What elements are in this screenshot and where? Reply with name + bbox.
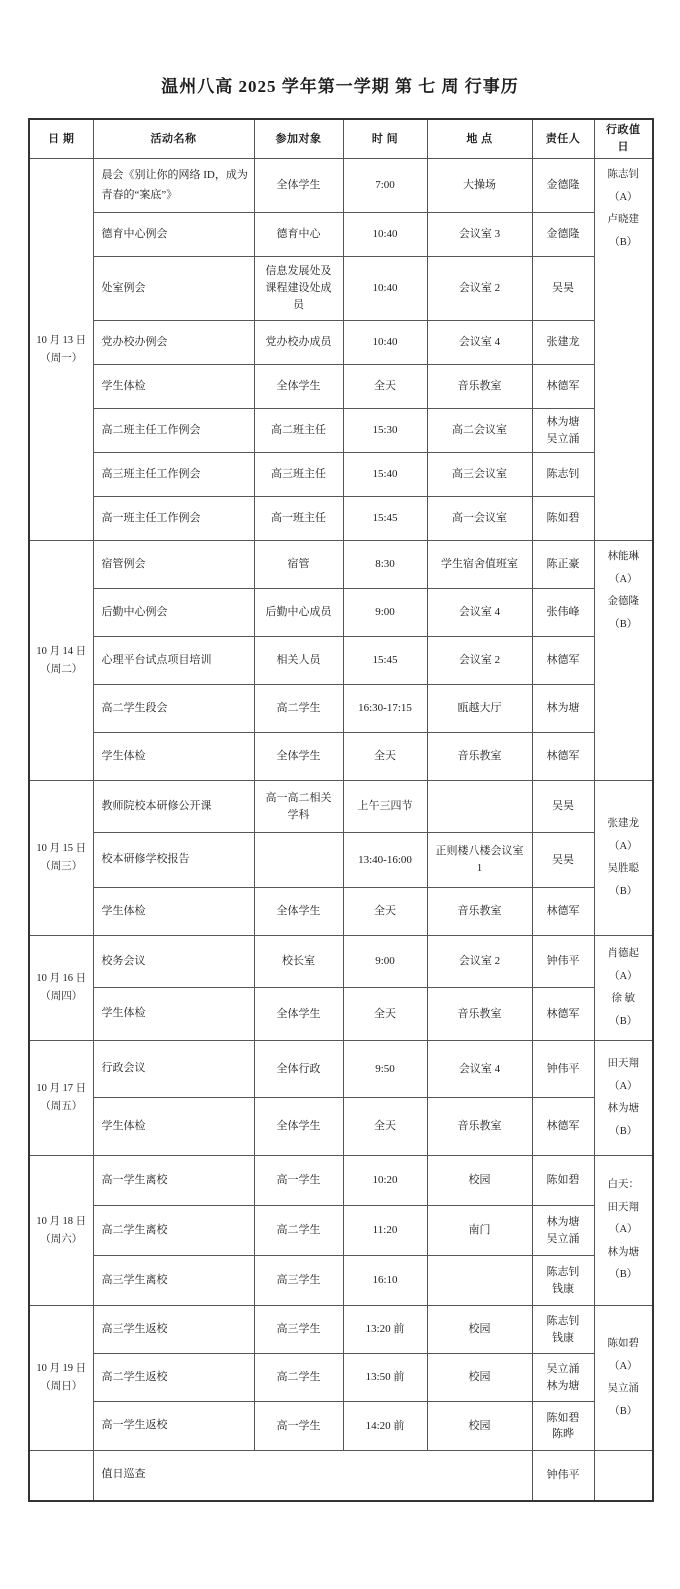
schedule-row: 处室例会信息发展处及课程建设处成员10:40会议室 2吴昊 — [29, 257, 653, 321]
participants-cell: 高二班主任 — [254, 409, 343, 453]
time-cell: 9:00 — [343, 589, 427, 637]
location-cell: 高三会议室 — [427, 453, 532, 497]
schedule-body: 10 月 13 日 （周一）晨会《别让你的网络 ID，成为青春的“案底”》全体学… — [29, 159, 653, 1501]
participants-cell: 高三班主任 — [254, 453, 343, 497]
participants-cell: 宿管 — [254, 541, 343, 589]
schedule-row: 10 月 14 日 （周二）宿管例会宿管8:30学生宿舍值班室陈正豪林能琳 （A… — [29, 541, 653, 589]
schedule-row: 学生体检全体学生全天音乐教室林德军 — [29, 888, 653, 936]
responsible-cell: 林德军 — [532, 733, 594, 781]
responsible-cell: 钟伟平 — [532, 1041, 594, 1098]
admin-duty-cell: 张建龙 （A） 吴胜聪 （B） — [594, 781, 653, 936]
location-cell: 音乐教室 — [427, 365, 532, 409]
activity-cell: 值日巡查 — [93, 1451, 532, 1501]
duty-patrol-row: 值日巡查钟伟平 — [29, 1451, 653, 1501]
activity-cell: 学生体检 — [93, 988, 254, 1041]
admin-duty-cell — [594, 1451, 653, 1501]
activity-cell: 处室例会 — [93, 257, 254, 321]
location-cell: 音乐教室 — [427, 733, 532, 781]
location-cell — [427, 781, 532, 833]
participants-cell: 高三学生 — [254, 1306, 343, 1354]
time-cell: 14:20 前 — [343, 1402, 427, 1451]
participants-cell: 信息发展处及课程建设处成员 — [254, 257, 343, 321]
responsible-cell: 金德隆 — [532, 213, 594, 257]
schedule-row: 高二学生返校高二学生13:50 前校园吴立涌 林为塘 — [29, 1354, 653, 1402]
participants-cell: 高二学生 — [254, 1354, 343, 1402]
participants-cell: 党办校办成员 — [254, 321, 343, 365]
location-cell: 大操场 — [427, 159, 532, 213]
activity-cell: 校务会议 — [93, 936, 254, 988]
admin-duty-cell: 林能琳 （A） 金德隆 （B） — [594, 541, 653, 781]
activity-cell: 德育中心例会 — [93, 213, 254, 257]
responsible-cell: 张伟峰 — [532, 589, 594, 637]
header-row: 日 期 活动名称 参加对象 时 间 地 点 责任人 行政值日 — [29, 119, 653, 159]
schedule-row: 学生体检全体学生全天音乐教室林德军 — [29, 1098, 653, 1156]
schedule-table: 日 期 活动名称 参加对象 时 间 地 点 责任人 行政值日 10 月 13 日… — [28, 118, 654, 1502]
activity-cell: 晨会《别让你的网络 ID，成为青春的“案底”》 — [93, 159, 254, 213]
activity-cell: 高一班主任工作例会 — [93, 497, 254, 541]
schedule-row: 后勤中心例会后勤中心成员9:00会议室 4张伟峰 — [29, 589, 653, 637]
date-cell: 10 月 17 日 （周五） — [29, 1041, 93, 1156]
responsible-cell: 陈志钊 钱康 — [532, 1256, 594, 1306]
schedule-row: 学生体检全体学生全天音乐教室林德军 — [29, 365, 653, 409]
time-cell: 16:10 — [343, 1256, 427, 1306]
activity-cell: 学生体检 — [93, 733, 254, 781]
schedule-row: 高二学生段会高二学生16:30-17:15瓯越大厅林为塘 — [29, 685, 653, 733]
participants-cell — [254, 833, 343, 888]
time-cell: 上午三四节 — [343, 781, 427, 833]
time-cell: 16:30-17:15 — [343, 685, 427, 733]
location-cell: 瓯越大厅 — [427, 685, 532, 733]
location-cell: 校园 — [427, 1354, 532, 1402]
time-cell: 13:40-16:00 — [343, 833, 427, 888]
participants-cell: 高三学生 — [254, 1256, 343, 1306]
activity-cell: 高二学生返校 — [93, 1354, 254, 1402]
date-cell — [29, 1451, 93, 1501]
responsible-cell: 陈如碧 — [532, 497, 594, 541]
responsible-cell: 林为塘 吴立涌 — [532, 409, 594, 453]
location-cell: 会议室 4 — [427, 1041, 532, 1098]
schedule-row: 党办校办例会党办校办成员10:40会议室 4张建龙 — [29, 321, 653, 365]
activity-cell: 教师院校本研修公开课 — [93, 781, 254, 833]
activity-cell: 高三班主任工作例会 — [93, 453, 254, 497]
column-header-location: 地 点 — [427, 119, 532, 159]
date-cell: 10 月 16 日 （周四） — [29, 936, 93, 1041]
time-cell: 15:45 — [343, 497, 427, 541]
responsible-cell: 林德军 — [532, 988, 594, 1041]
time-cell: 13:50 前 — [343, 1354, 427, 1402]
responsible-cell: 吴昊 — [532, 833, 594, 888]
schedule-row: 德育中心例会德育中心10:40会议室 3金德隆 — [29, 213, 653, 257]
activity-cell: 后勤中心例会 — [93, 589, 254, 637]
responsible-cell: 林德军 — [532, 365, 594, 409]
schedule-row: 高三学生离校高三学生16:10陈志钊 钱康 — [29, 1256, 653, 1306]
column-header-responsible: 责任人 — [532, 119, 594, 159]
schedule-row: 10 月 13 日 （周一）晨会《别让你的网络 ID，成为青春的“案底”》全体学… — [29, 159, 653, 213]
location-cell: 会议室 3 — [427, 213, 532, 257]
responsible-cell: 林为塘 吴立涌 — [532, 1206, 594, 1256]
responsible-cell: 钟伟平 — [532, 1451, 594, 1501]
date-cell: 10 月 14 日 （周二） — [29, 541, 93, 781]
time-cell: 13:20 前 — [343, 1306, 427, 1354]
activity-cell: 校本研修学校报告 — [93, 833, 254, 888]
responsible-cell: 金德隆 — [532, 159, 594, 213]
date-cell: 10 月 18 日 （周六） — [29, 1156, 93, 1306]
participants-cell: 德育中心 — [254, 213, 343, 257]
location-cell: 校园 — [427, 1306, 532, 1354]
responsible-cell: 吴立涌 林为塘 — [532, 1354, 594, 1402]
time-cell: 15:30 — [343, 409, 427, 453]
date-cell: 10 月 15 日 （周三） — [29, 781, 93, 936]
location-cell: 会议室 2 — [427, 637, 532, 685]
schedule-row: 学生体检全体学生全天音乐教室林德军 — [29, 988, 653, 1041]
location-cell: 音乐教室 — [427, 1098, 532, 1156]
time-cell: 全天 — [343, 988, 427, 1041]
location-cell: 高一会议室 — [427, 497, 532, 541]
schedule-row: 高二学生离校高二学生11:20南门林为塘 吴立涌 — [29, 1206, 653, 1256]
responsible-cell: 陈正豪 — [532, 541, 594, 589]
page-title: 温州八高 2025 学年第一学期 第 七 周 行事历 — [0, 72, 680, 97]
time-cell: 9:50 — [343, 1041, 427, 1098]
document-page: 温州八高 2025 学年第一学期 第 七 周 行事历 日 期 活动名称 参加对象… — [0, 0, 680, 1589]
location-cell: 高二会议室 — [427, 409, 532, 453]
activity-cell: 高二班主任工作例会 — [93, 409, 254, 453]
schedule-row: 10 月 18 日 （周六）高一学生离校高一学生10:20校园陈如碧白天： 田天… — [29, 1156, 653, 1206]
participants-cell: 高一班主任 — [254, 497, 343, 541]
column-header-date: 日 期 — [29, 119, 93, 159]
schedule-row: 高三班主任工作例会高三班主任15:40高三会议室陈志钊 — [29, 453, 653, 497]
activity-cell: 高二学生段会 — [93, 685, 254, 733]
schedule-row: 10 月 15 日 （周三）教师院校本研修公开课高一高二相关学科上午三四节吴昊张… — [29, 781, 653, 833]
schedule-row: 校本研修学校报告13:40-16:00正则楼八楼会议室 1吴昊 — [29, 833, 653, 888]
responsible-cell: 张建龙 — [532, 321, 594, 365]
participants-cell: 高二学生 — [254, 685, 343, 733]
participants-cell: 全体行政 — [254, 1041, 343, 1098]
responsible-cell: 陈志钊 钱康 — [532, 1306, 594, 1354]
participants-cell: 高二学生 — [254, 1206, 343, 1256]
schedule-row: 高一班主任工作例会高一班主任15:45高一会议室陈如碧 — [29, 497, 653, 541]
time-cell: 7:00 — [343, 159, 427, 213]
schedule-row: 高二班主任工作例会高二班主任15:30高二会议室林为塘 吴立涌 — [29, 409, 653, 453]
participants-cell: 全体学生 — [254, 988, 343, 1041]
responsible-cell: 林德军 — [532, 637, 594, 685]
location-cell: 音乐教室 — [427, 988, 532, 1041]
activity-cell: 高三学生离校 — [93, 1256, 254, 1306]
location-cell: 校园 — [427, 1156, 532, 1206]
time-cell: 10:40 — [343, 257, 427, 321]
schedule-row: 10 月 17 日 （周五）行政会议全体行政9:50会议室 4钟伟平田天翔 （A… — [29, 1041, 653, 1098]
location-cell: 音乐教室 — [427, 888, 532, 936]
responsible-cell: 吴昊 — [532, 781, 594, 833]
responsible-cell: 钟伟平 — [532, 936, 594, 988]
participants-cell: 相关人员 — [254, 637, 343, 685]
admin-duty-cell: 田天翔 （A） 林为塘 （B） — [594, 1041, 653, 1156]
responsible-cell: 林德军 — [532, 888, 594, 936]
schedule-row: 高一学生返校高一学生14:20 前校园陈如碧 陈晔 — [29, 1402, 653, 1451]
time-cell: 10:40 — [343, 321, 427, 365]
participants-cell: 全体学生 — [254, 733, 343, 781]
activity-cell: 学生体检 — [93, 365, 254, 409]
activity-cell: 宿管例会 — [93, 541, 254, 589]
activity-cell: 学生体检 — [93, 1098, 254, 1156]
participants-cell: 全体学生 — [254, 1098, 343, 1156]
location-cell: 会议室 4 — [427, 321, 532, 365]
schedule-row: 10 月 19 日 （周日）高三学生返校高三学生13:20 前校园陈志钊 钱康陈… — [29, 1306, 653, 1354]
responsible-cell: 陈如碧 — [532, 1156, 594, 1206]
activity-cell: 学生体检 — [93, 888, 254, 936]
participants-cell: 全体学生 — [254, 365, 343, 409]
time-cell: 10:20 — [343, 1156, 427, 1206]
location-cell: 学生宿舍值班室 — [427, 541, 532, 589]
admin-duty-cell: 白天： 田天翔 （A） 林为塘 （B） — [594, 1156, 653, 1306]
time-cell: 全天 — [343, 1098, 427, 1156]
responsible-cell: 林德军 — [532, 1098, 594, 1156]
activity-cell: 高二学生离校 — [93, 1206, 254, 1256]
time-cell: 8:30 — [343, 541, 427, 589]
activity-cell: 高一学生离校 — [93, 1156, 254, 1206]
responsible-cell: 林为塘 — [532, 685, 594, 733]
schedule-row: 心理平台试点项目培训相关人员15:45会议室 2林德军 — [29, 637, 653, 685]
location-cell: 会议室 2 — [427, 257, 532, 321]
column-header-activity: 活动名称 — [93, 119, 254, 159]
activity-cell: 党办校办例会 — [93, 321, 254, 365]
time-cell: 全天 — [343, 733, 427, 781]
responsible-cell: 吴昊 — [532, 257, 594, 321]
time-cell: 10:40 — [343, 213, 427, 257]
activity-cell: 高一学生返校 — [93, 1402, 254, 1451]
schedule-row: 学生体检全体学生全天音乐教室林德军 — [29, 733, 653, 781]
participants-cell: 高一高二相关学科 — [254, 781, 343, 833]
time-cell: 全天 — [343, 888, 427, 936]
responsible-cell: 陈如碧 陈晔 — [532, 1402, 594, 1451]
activity-cell: 心理平台试点项目培训 — [93, 637, 254, 685]
participants-cell: 后勤中心成员 — [254, 589, 343, 637]
location-cell — [427, 1256, 532, 1306]
admin-duty-cell: 陈志钊 （A） 卢晓建 （B） — [594, 159, 653, 541]
time-cell: 9:00 — [343, 936, 427, 988]
column-header-participants: 参加对象 — [254, 119, 343, 159]
location-cell: 会议室 4 — [427, 589, 532, 637]
date-cell: 10 月 19 日 （周日） — [29, 1306, 93, 1451]
time-cell: 11:20 — [343, 1206, 427, 1256]
participants-cell: 全体学生 — [254, 159, 343, 213]
participants-cell: 高一学生 — [254, 1402, 343, 1451]
admin-duty-cell: 肖德起 （A） 徐 敏 （B） — [594, 936, 653, 1041]
location-cell: 正则楼八楼会议室 1 — [427, 833, 532, 888]
column-header-admin-duty: 行政值日 — [594, 119, 653, 159]
activity-cell: 高三学生返校 — [93, 1306, 254, 1354]
participants-cell: 校长室 — [254, 936, 343, 988]
activity-cell: 行政会议 — [93, 1041, 254, 1098]
time-cell: 全天 — [343, 365, 427, 409]
participants-cell: 全体学生 — [254, 888, 343, 936]
date-cell: 10 月 13 日 （周一） — [29, 159, 93, 541]
schedule-row: 10 月 16 日 （周四）校务会议校长室9:00会议室 2钟伟平肖德起 （A）… — [29, 936, 653, 988]
time-cell: 15:40 — [343, 453, 427, 497]
admin-duty-cell: 陈如碧 （A） 吴立涌 （B） — [594, 1306, 653, 1451]
location-cell: 南门 — [427, 1206, 532, 1256]
participants-cell: 高一学生 — [254, 1156, 343, 1206]
time-cell: 15:45 — [343, 637, 427, 685]
location-cell: 校园 — [427, 1402, 532, 1451]
column-header-time: 时 间 — [343, 119, 427, 159]
responsible-cell: 陈志钊 — [532, 453, 594, 497]
location-cell: 会议室 2 — [427, 936, 532, 988]
